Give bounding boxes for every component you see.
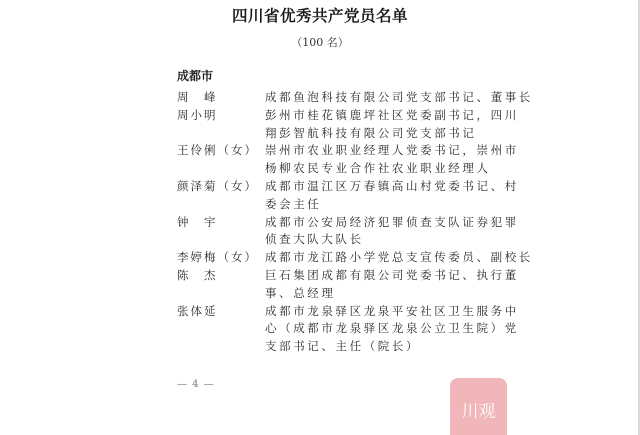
position-line: 崇州市农业职业经理人党委书记，崇州市 [265, 142, 495, 160]
list-item: 李婷梅（女） 成都市龙江路小学党总支宣传委员、副校长 [177, 249, 597, 267]
member-name: 颜泽菊（女） [177, 178, 265, 214]
list-item: 周 峰 成都鱼泡科技有限公司党支部书记、董事长 [177, 89, 597, 107]
position-line: 翔彭智航科技有限公司党支部书记 [265, 125, 495, 143]
list-item: 钟 宇 成都市公安局经济犯罪侦查支队证券犯罪 侦查大队大队长 [177, 214, 597, 250]
member-name: 钟 宇 [177, 214, 265, 250]
list-item: 颜泽菊（女） 成都市温江区万春镇高山村党委书记、村 委会主任 [177, 178, 597, 214]
member-position: 彭州市桂花镇鹿坪社区党委副书记，四川 翔彭智航科技有限公司党支部书记 [265, 107, 495, 143]
member-name: 王伶俐（女） [177, 142, 265, 178]
page-number: — 4 — [177, 379, 215, 390]
list-item: 陈 杰 巨石集团成都有限公司党委书记、执行董 事、总经理 [177, 267, 597, 303]
position-line: 成都鱼泡科技有限公司党支部书记、董事长 [265, 89, 495, 107]
document-title: 四川省优秀共产党员名单 [0, 4, 640, 26]
list-item: 周小明 彭州市桂花镇鹿坪社区党委副书记，四川 翔彭智航科技有限公司党支部书记 [177, 107, 597, 143]
position-line: 侦查大队大队长 [265, 231, 495, 249]
section-heading-city: 成都市 [177, 67, 213, 84]
member-position: 巨石集团成都有限公司党委书记、执行董 事、总经理 [265, 267, 495, 303]
member-position: 成都市公安局经济犯罪侦查支队证券犯罪 侦查大队大队长 [265, 214, 495, 250]
position-line: 杨柳农民专业合作社农业职业经理人 [265, 160, 495, 178]
member-position: 成都市龙江路小学党总支宣传委员、副校长 [265, 249, 495, 267]
position-line: 心（成都市龙泉驿区龙泉公立卫生院）党 [265, 320, 495, 338]
member-name: 张体延 [177, 303, 265, 356]
member-name: 周 峰 [177, 89, 265, 107]
member-list: 周 峰 成都鱼泡科技有限公司党支部书记、董事长 周小明 彭州市桂花镇鹿坪社区党委… [177, 89, 597, 356]
member-position: 成都市温江区万春镇高山村党委书记、村 委会主任 [265, 178, 495, 214]
position-line: 委会主任 [265, 196, 495, 214]
position-line: 事、总经理 [265, 285, 495, 303]
position-line: 成都市龙江路小学党总支宣传委员、副校长 [265, 249, 495, 267]
list-item: 王伶俐（女） 崇州市农业职业经理人党委书记，崇州市 杨柳农民专业合作社农业职业经… [177, 142, 597, 178]
position-line: 成都市公安局经济犯罪侦查支队证券犯罪 [265, 214, 495, 232]
member-position: 成都市龙泉驿区龙泉平安社区卫生服务中 心（成都市龙泉驿区龙泉公立卫生院）党 支部… [265, 303, 495, 356]
position-line: 支部书记、主任（院长） [265, 338, 495, 356]
position-line: 成都市温江区万春镇高山村党委书记、村 [265, 178, 495, 196]
document-subtitle-count: （100 名） [0, 34, 640, 50]
member-name: 李婷梅（女） [177, 249, 265, 267]
watermark-text: 川观 [462, 397, 496, 422]
member-name: 陈 杰 [177, 267, 265, 303]
member-position: 崇州市农业职业经理人党委书记，崇州市 杨柳农民专业合作社农业职业经理人 [265, 142, 495, 178]
position-line: 彭州市桂花镇鹿坪社区党委副书记，四川 [265, 107, 495, 125]
position-line: 巨石集团成都有限公司党委书记、执行董 [265, 267, 495, 285]
position-line: 成都市龙泉驿区龙泉平安社区卫生服务中 [265, 303, 495, 321]
member-name: 周小明 [177, 107, 265, 143]
document-page: 四川省优秀共产党员名单 （100 名） 成都市 周 峰 成都鱼泡科技有限公司党支… [0, 0, 638, 435]
list-item: 张体延 成都市龙泉驿区龙泉平安社区卫生服务中 心（成都市龙泉驿区龙泉公立卫生院）… [177, 303, 597, 356]
member-position: 成都鱼泡科技有限公司党支部书记、董事长 [265, 89, 495, 107]
chuanguan-watermark-logo: 川观 [450, 378, 507, 435]
